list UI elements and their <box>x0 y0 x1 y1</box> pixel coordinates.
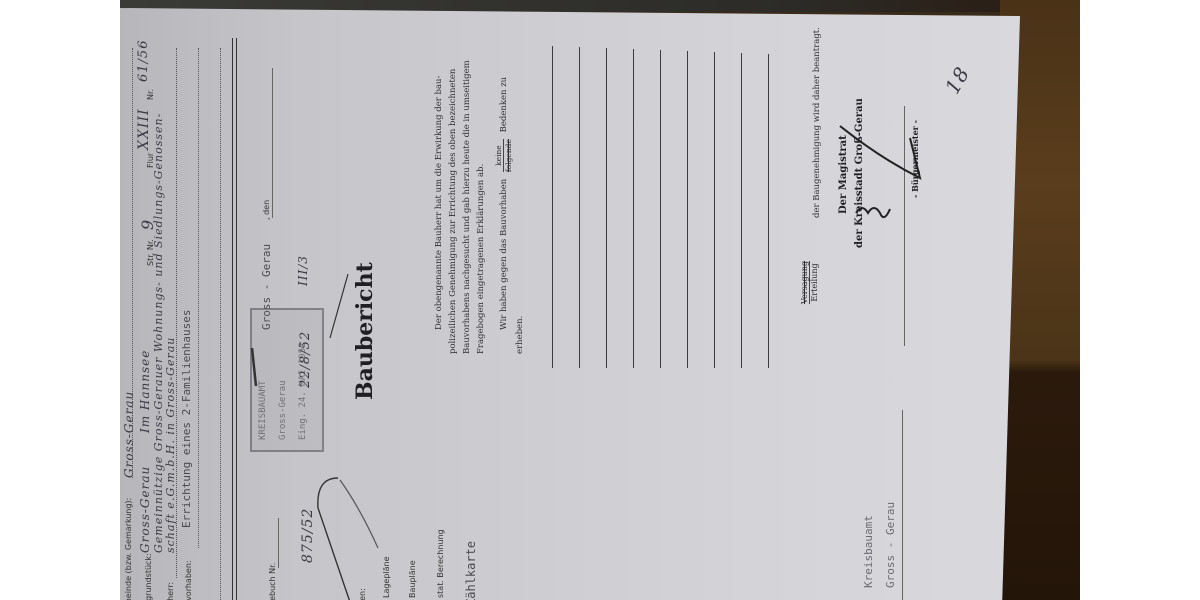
document-photo: meinde (bzw. Gemarkung): Gross-Gerau ugr… <box>120 0 1080 600</box>
handwritten-strokes <box>120 8 1020 600</box>
baubericht-form: meinde (bzw. Gemarkung): Gross-Gerau ugr… <box>120 8 1020 600</box>
